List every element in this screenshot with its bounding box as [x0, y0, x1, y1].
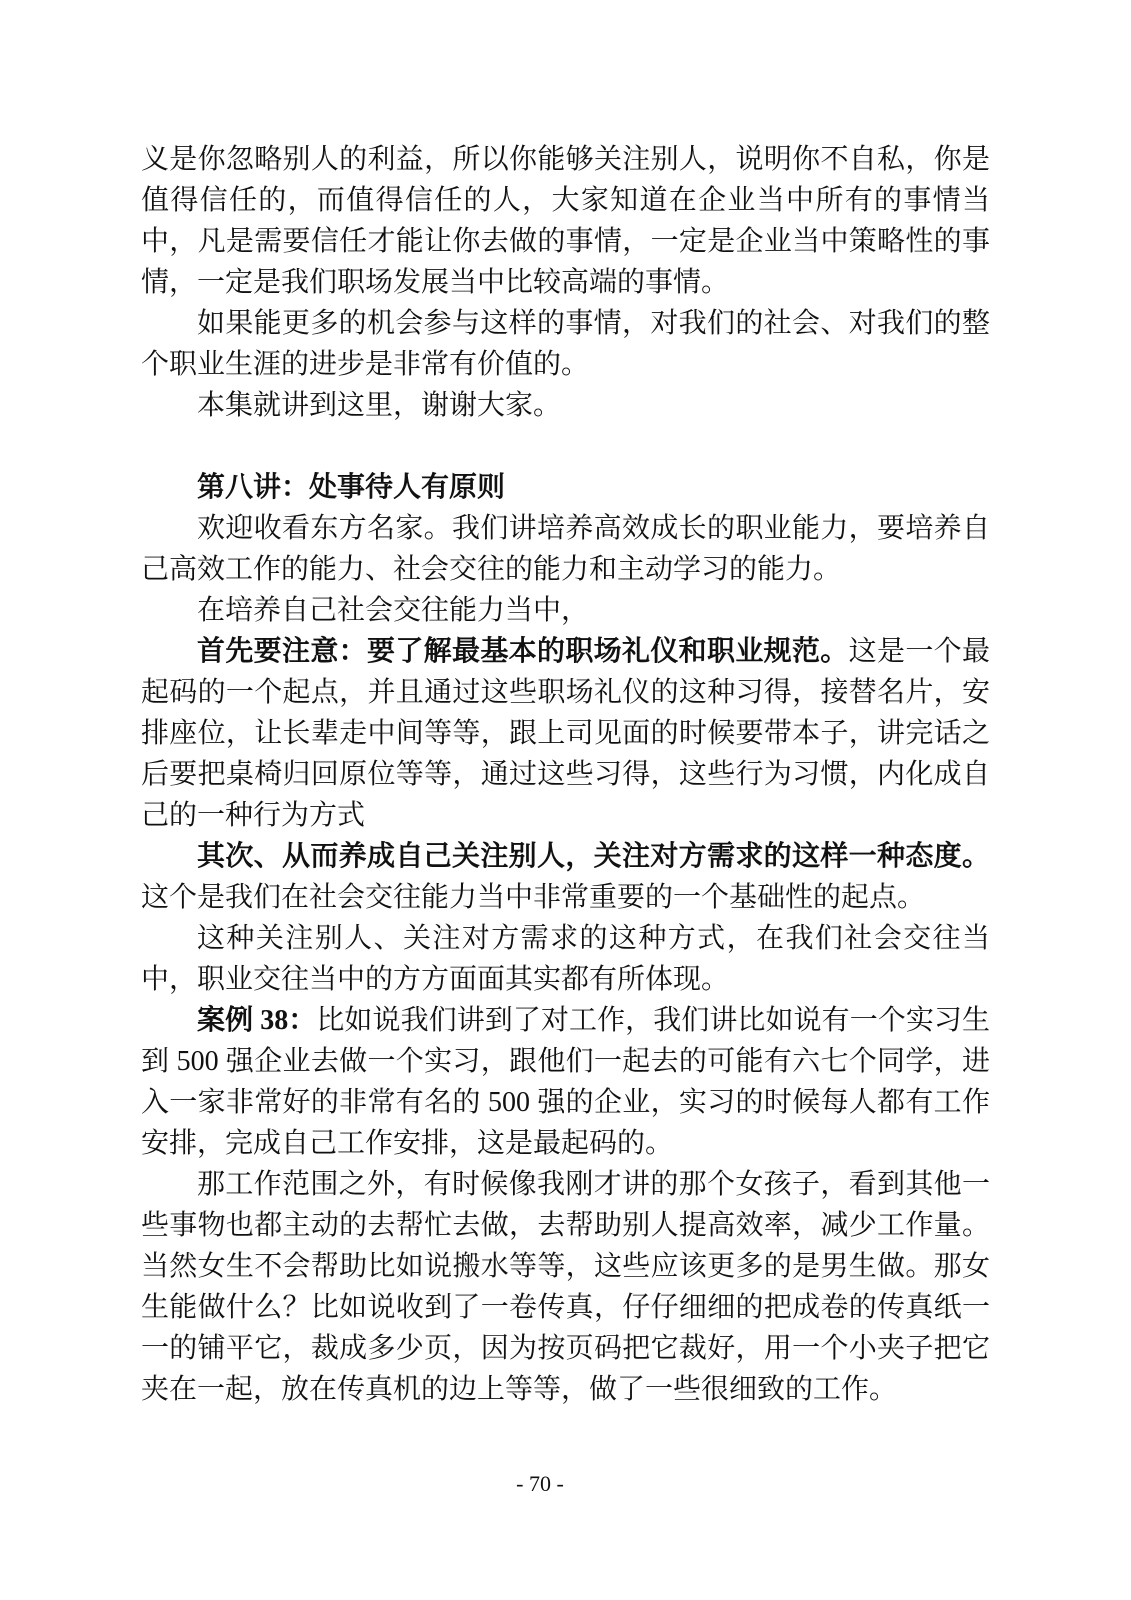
text-run: 那工作范围之外，有时候像我刚才讲的那个女孩子，看到其他一些事物也都主动的去帮忙去…: [141, 1169, 990, 1405]
text-run: 义是你忽略别人的利益，所以你能够关注别人，说明你不自私，你是值得信任的，而值得信…: [141, 144, 990, 298]
section-heading: 第八讲：处事待人有原则: [141, 467, 990, 508]
paragraph-spacer: [141, 426, 990, 467]
paragraph: 如果能更多的机会参与这样的事情，对我们的社会、对我们的整个职业生涯的进步是非常有…: [141, 303, 990, 385]
paragraph: 首先要注意：要了解最基本的职场礼仪和职业规范。这是一个最起码的一个起点，并且通过…: [141, 631, 990, 836]
paragraph: 在培养自己社会交往能力当中，: [141, 590, 990, 631]
text-run: 这个是我们在社会交往能力当中非常重要的一个基础性的起点。: [141, 882, 925, 913]
paragraph: 义是你忽略别人的利益，所以你能够关注别人，说明你不自私，你是值得信任的，而值得信…: [141, 139, 990, 303]
text-run: 在培养自己社会交往能力当中，: [197, 595, 589, 626]
paragraph: 其次、从而养成自己关注别人，关注对方需求的这样一种态度。这个是我们在社会交往能力…: [141, 836, 990, 918]
text-run: 这种关注别人、关注对方需求的这种方式，在我们社会交往当中，职业交往当中的方方面面…: [141, 923, 990, 995]
document-page: { "document": { "page_number": "- 70 -",…: [0, 0, 1131, 1600]
text-run: 本集就讲到这里，谢谢大家。: [197, 390, 561, 421]
paragraph: 欢迎收看东方名家。我们讲培养高效成长的职业能力，要培养自己高效工作的能力、社会交…: [141, 508, 990, 590]
page-number: - 70 -: [516, 1471, 564, 1496]
text-run: 如果能更多的机会参与这样的事情，对我们的社会、对我们的整个职业生涯的进步是非常有…: [141, 308, 990, 380]
paragraph: 这种关注别人、关注对方需求的这种方式，在我们社会交往当中，职业交往当中的方方面面…: [141, 918, 990, 1000]
paragraph: 那工作范围之外，有时候像我刚才讲的那个女孩子，看到其他一些事物也都主动的去帮忙去…: [141, 1164, 990, 1410]
text-run: 欢迎收看东方名家。我们讲培养高效成长的职业能力，要培养自己高效工作的能力、社会交…: [141, 513, 990, 585]
bold-text-run: 第八讲：处事待人有原则: [197, 472, 505, 503]
document-text-block: 义是你忽略别人的利益，所以你能够关注别人，说明你不自私，你是值得信任的，而值得信…: [141, 139, 990, 1410]
bold-text-run: 其次、从而养成自己关注别人，关注对方需求的这样一种态度。: [197, 841, 990, 872]
bold-text-run: 案例 38：: [197, 1005, 316, 1036]
page-footer: - 70 -: [0, 1470, 1080, 1498]
paragraph: 本集就讲到这里，谢谢大家。: [141, 385, 990, 426]
paragraph: 案例 38：比如说我们讲到了对工作，我们讲比如说有一个实习生到 500 强企业去…: [141, 1000, 990, 1164]
bold-text-run: 首先要注意：要了解最基本的职场礼仪和职业规范。: [197, 636, 849, 667]
